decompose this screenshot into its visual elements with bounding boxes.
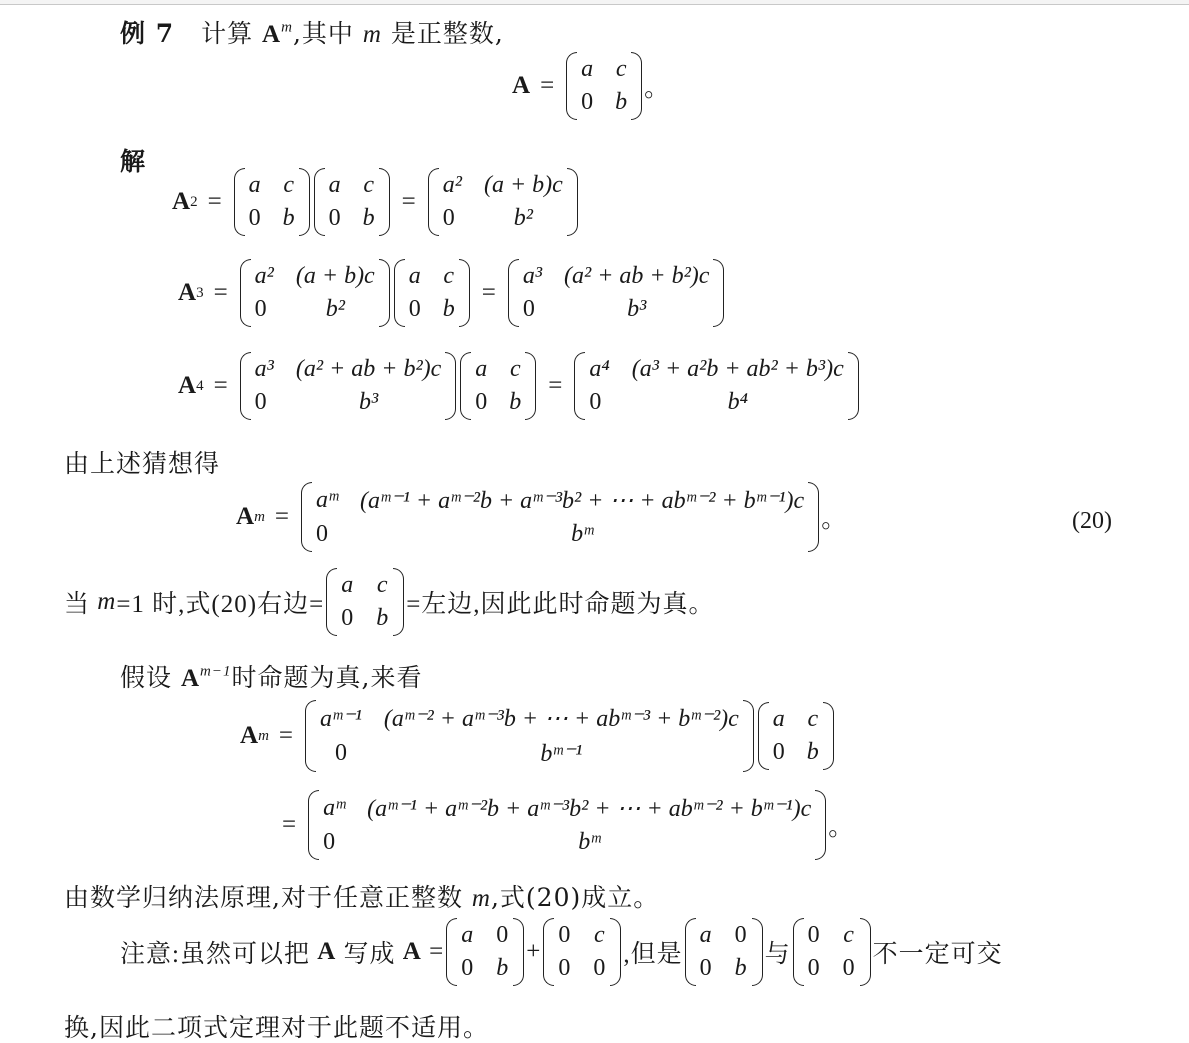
math-text: c [593,922,606,949]
math-text: a [475,356,487,383]
matrix: ac 0b [314,168,390,236]
math-text: c [807,706,819,733]
math-text: 由数学归纳法原理,对于任意正整数 [64,883,463,912]
equals-sign: = [540,72,554,100]
matrix: ac 0b [758,702,834,770]
math-text: c [363,172,375,199]
equals-sign: = [402,188,416,216]
matrix: 0c 00 [543,918,621,986]
right-paren [631,52,642,120]
matrix-A: a c 0 b [566,52,642,120]
math-text: b² [484,205,563,232]
math-text: (aᵐ⁻¹ + aᵐ⁻²b + aᵐ⁻³b² + ⋯ + abᵐ⁻² + bᵐ⁻… [367,794,811,823]
math-text: a [329,172,341,199]
math-text: ,其中 [293,19,354,48]
left-paren [758,702,769,770]
math-text: m [472,885,491,912]
equation-A4: A4 = a³(a² + ab + b²)c 0b³ ac 0b = a⁴(a³… [178,352,861,420]
matrix-entries: 0c 00 [554,918,610,986]
math-text: A [236,503,254,531]
math-text: 0 [523,296,542,323]
math-text: (a³ + a²b + ab² + b³)c [632,356,844,383]
math-text: ,但是 [623,934,682,970]
left-paren [566,52,577,120]
math-text: c [376,572,389,599]
right-paren [379,168,390,236]
math-text: =左边,因此此时命题为真。 [406,584,714,620]
math-text: 0 [735,922,748,949]
left-paren [308,790,319,860]
matrix: ac 0b [326,568,404,636]
math-text: b [363,205,375,232]
math-text: a [341,572,354,599]
math-text: A [178,279,196,307]
right-paren [459,259,470,327]
math-text: 与 [765,934,791,970]
left-paren [240,259,251,327]
math-text: 0 [593,955,606,982]
matrix-entries: a²(a + b)c 0b² [439,168,567,236]
equals-sign: = [275,503,289,531]
math-text: b [509,389,521,416]
right-paren [525,352,536,420]
math-text: b³ [296,389,441,416]
matrix-entries: a⁴(a³ + a²b + ab² + b³)c 0b⁴ [585,352,847,420]
math-text: 0 [558,955,571,982]
math-text: bᵐ [360,521,804,548]
right-paren [815,790,826,860]
right-paren [445,352,456,420]
math-text: 0 [323,829,345,856]
math-text: 0 [341,605,354,632]
math-text: m−1 [200,664,231,680]
math-text: a² [443,172,462,199]
induction-step-1: Am = aᵐ⁻¹(aᵐ⁻² + aᵐ⁻³b + ⋯ + abᵐ⁻³ + bᵐ⁻… [240,700,836,772]
left-paren [460,352,471,420]
left-paren [240,352,251,420]
math-text: 。 [828,807,853,843]
left-paren [234,168,245,236]
matrix: a0 0b [446,918,524,986]
solution-label: 解 [120,142,146,178]
math-text: aᵐ [323,795,345,822]
math-text: c [283,172,295,199]
matrix: aᵐ⁻¹(aᵐ⁻² + aᵐ⁻³b + ⋯ + abᵐ⁻³ + bᵐ⁻²)c 0… [305,700,754,772]
equals-sign: = [279,722,293,750]
math-text: bᵐ [367,829,811,856]
conclusion-line: 由数学归纳法原理,对于任意正整数 m,式(20)成立。 [64,878,659,914]
math-text: 。 [821,499,846,535]
note-line-2: 换,因此二项式定理对于此题不适用。 [64,1008,489,1043]
right-paren [752,918,763,986]
matrix-entries: ac 0b [471,352,525,420]
induction-step-2: = aᵐ(aᵐ⁻¹ + aᵐ⁻²b + aᵐ⁻³b² + ⋯ + abᵐ⁻² +… [272,790,853,860]
math-text: a [773,706,785,733]
math-text: 0 [589,389,609,416]
math-text: a [581,56,593,83]
matrix-entries: ac 0b [325,168,379,236]
math-text: 0 [461,955,474,982]
matrix-definition: A = a c 0 b 。 [512,52,669,120]
equation-A3: A3 = a²(a + b)c 0b² ac 0b = a³(a² + ab +… [178,259,726,327]
math-text: 0 [255,296,274,323]
math-text: =1 时,式(20)右边= [116,584,324,620]
left-paren [326,568,337,636]
matrix: a²(a + b)c 0b² [240,259,390,327]
math-text: 计算 [201,19,253,48]
math-text: aᵐ [316,487,338,514]
right-paren [513,918,524,986]
matrix: aᵐ(aᵐ⁻¹ + aᵐ⁻²b + aᵐ⁻³b² + ⋯ + abᵐ⁻² + b… [308,790,826,860]
math-text: 0 [581,89,593,116]
math-text: b [615,89,627,116]
math-text: a [700,922,713,949]
math-text: b [807,739,819,766]
viewer-top-border [0,0,1189,5]
math-text: 0 [249,205,261,232]
math-text: 0 [808,955,821,982]
equals-sign: = [214,372,228,400]
right-paren [808,482,819,552]
matrix-entries: ac 0b [405,259,459,327]
math-text: a³ [255,356,274,383]
math-text: 0 [773,739,785,766]
math-text: b⁴ [632,389,844,416]
math-text: aᵐ⁻¹ [320,704,362,733]
matrix-entries: ac 0b [769,702,823,770]
math-text: b [283,205,295,232]
right-paren [743,700,754,772]
math-text: 0 [443,205,462,232]
matrix-entries: a0 0b [696,918,752,986]
math-text: 。 [644,68,669,104]
math-text: 0 [320,740,362,767]
matrix: a³(a² + ab + b²)c 0b³ [508,259,725,327]
equals-sign: = [482,279,496,307]
left-paren [314,168,325,236]
math-text: 0 [496,922,509,949]
math-text: c [443,263,455,290]
math-text: 0 [843,955,856,982]
math-text: 0 [409,296,421,323]
math-text: b³ [564,296,709,323]
example-label: 例 7 [120,19,174,48]
math-text: (aᵐ⁻¹ + aᵐ⁻²b + aᵐ⁻³b² + ⋯ + abᵐ⁻² + bᵐ⁻… [360,486,804,515]
matrix: a⁴(a³ + a²b + ab² + b³)c 0b⁴ [574,352,858,420]
matrix-entries: a c 0 b [577,52,631,120]
right-paren [713,259,724,327]
math-text: A [178,372,196,400]
matrix-entries: ac 0b [337,568,393,636]
math-text: 时命题为真,来看 [232,663,423,692]
math-text: + [526,938,541,966]
math-text: c [509,356,521,383]
matrix: ac 0b [460,352,536,420]
matrix: 0c 00 [793,918,871,986]
left-paren [301,482,312,552]
equation-A2: A2 = ac 0b ac 0b = a²(a + b)c 0b² [172,168,580,236]
equation-Am-formula: Am = aᵐ(aᵐ⁻¹ + aᵐ⁻²b + aᵐ⁻³b² + ⋯ + abᵐ⁻… [236,482,846,552]
math-text: b [496,955,509,982]
math-text: ,式(20)成立。 [491,883,659,912]
matrix-entries: a0 0b [457,918,513,986]
right-paren [567,168,578,236]
math-text: (a² + ab + b²)c [564,263,709,290]
right-paren [848,352,859,420]
math-text: A [512,72,530,100]
math-text: a⁴ [589,356,609,383]
example-heading: 例 7 计算 Am,其中 m 是正整数, [120,14,504,50]
math-text: a [249,172,261,199]
math-text: m [363,21,382,48]
matrix-entries: ac 0b [245,168,299,236]
math-text: 0 [316,521,338,548]
math-text: A [262,21,281,48]
matrix-entries: aᵐ(aᵐ⁻¹ + aᵐ⁻²b + aᵐ⁻³b² + ⋯ + abᵐ⁻² + b… [312,482,808,552]
math-text: a² [255,263,274,290]
left-paren [446,918,457,986]
math-text: b [735,955,748,982]
left-paren [685,918,696,986]
math-text: m [281,20,293,36]
math-text: 0 [808,922,821,949]
left-paren [574,352,585,420]
math-text: 不一定可交 [873,934,1003,970]
left-paren [508,259,519,327]
math-text: 0 [255,389,274,416]
math-text: A [240,722,258,750]
right-paren [610,918,621,986]
right-paren [860,918,871,986]
matrix-entries: a³(a² + ab + b²)c 0b³ [251,352,446,420]
equals-sign: = [548,372,562,400]
left-paren [305,700,316,772]
math-text: A [172,188,190,216]
matrix: aᵐ(aᵐ⁻¹ + aᵐ⁻²b + aᵐ⁻³b² + ⋯ + abᵐ⁻² + b… [301,482,819,552]
right-paren [299,168,310,236]
math-text: A [317,938,336,966]
math-text: b [376,605,389,632]
math-text: 0 [558,922,571,949]
math-text: 当 [64,584,90,620]
math-text: a [461,922,474,949]
math-text: (a² + ab + b²)c [296,356,441,383]
math-text: a³ [523,263,542,290]
math-text: a [409,263,421,290]
right-paren [823,702,834,770]
math-text: (a + b)c [296,263,375,290]
right-paren [379,259,390,327]
equals-sign: = [282,811,296,839]
math-text: b² [296,296,375,323]
math-text: 0 [700,955,713,982]
equals-sign: = [214,279,228,307]
equals-sign: = [208,188,222,216]
matrix: ac 0b [234,168,310,236]
matrix-entries: a³(a² + ab + b²)c 0b³ [519,259,714,327]
matrix-entries: aᵐ(aᵐ⁻¹ + aᵐ⁻²b + aᵐ⁻³b² + ⋯ + abᵐ⁻² + b… [319,790,815,860]
math-text: (a + b)c [484,172,563,199]
left-paren [428,168,439,236]
matrix-entries: a²(a + b)c 0b² [251,259,379,327]
math-text: c [843,922,856,949]
matrix: a²(a + b)c 0b² [428,168,578,236]
math-text: 注意:虽然可以把 [120,934,310,970]
math-text: m [97,588,116,616]
math-text: (aᵐ⁻² + aᵐ⁻³b + ⋯ + abᵐ⁻³ + bᵐ⁻²)c [384,704,739,733]
left-paren [394,259,405,327]
matrix: a0 0b [685,918,763,986]
base-case-line: 当 m=1 时,式(20)右边= ac 0b =左边,因此此时命题为真。 [64,568,715,636]
matrix-entries: 0c 00 [804,918,860,986]
math-text: b [443,296,455,323]
hypothesis-line: 假设 Am−1时命题为真,来看 [120,658,422,694]
guess-text: 由上述猜想得 [64,444,220,480]
left-paren [793,918,804,986]
math-text: A [181,665,200,692]
math-text: bᵐ⁻¹ [384,739,739,768]
matrix: ac 0b [394,259,470,327]
note-line: 注意:虽然可以把 A 写成 A = a0 0b + 0c 00 ,但是 a0 0… [120,918,1003,986]
math-text: 0 [329,205,341,232]
math-text: 假设 [120,663,172,692]
right-paren [393,568,404,636]
math-text: 0 [475,389,487,416]
matrix: a³(a² + ab + b²)c 0b³ [240,352,457,420]
equation-number: (20) [1072,508,1112,535]
math-text: A [403,938,422,966]
matrix-entries: aᵐ⁻¹(aᵐ⁻² + aᵐ⁻³b + ⋯ + abᵐ⁻³ + bᵐ⁻²)c 0… [316,700,743,772]
math-text: 写成 [344,934,396,970]
left-paren [543,918,554,986]
math-text: = [429,938,444,966]
math-text: 是正整数, [391,19,504,48]
math-text: c [615,56,627,83]
